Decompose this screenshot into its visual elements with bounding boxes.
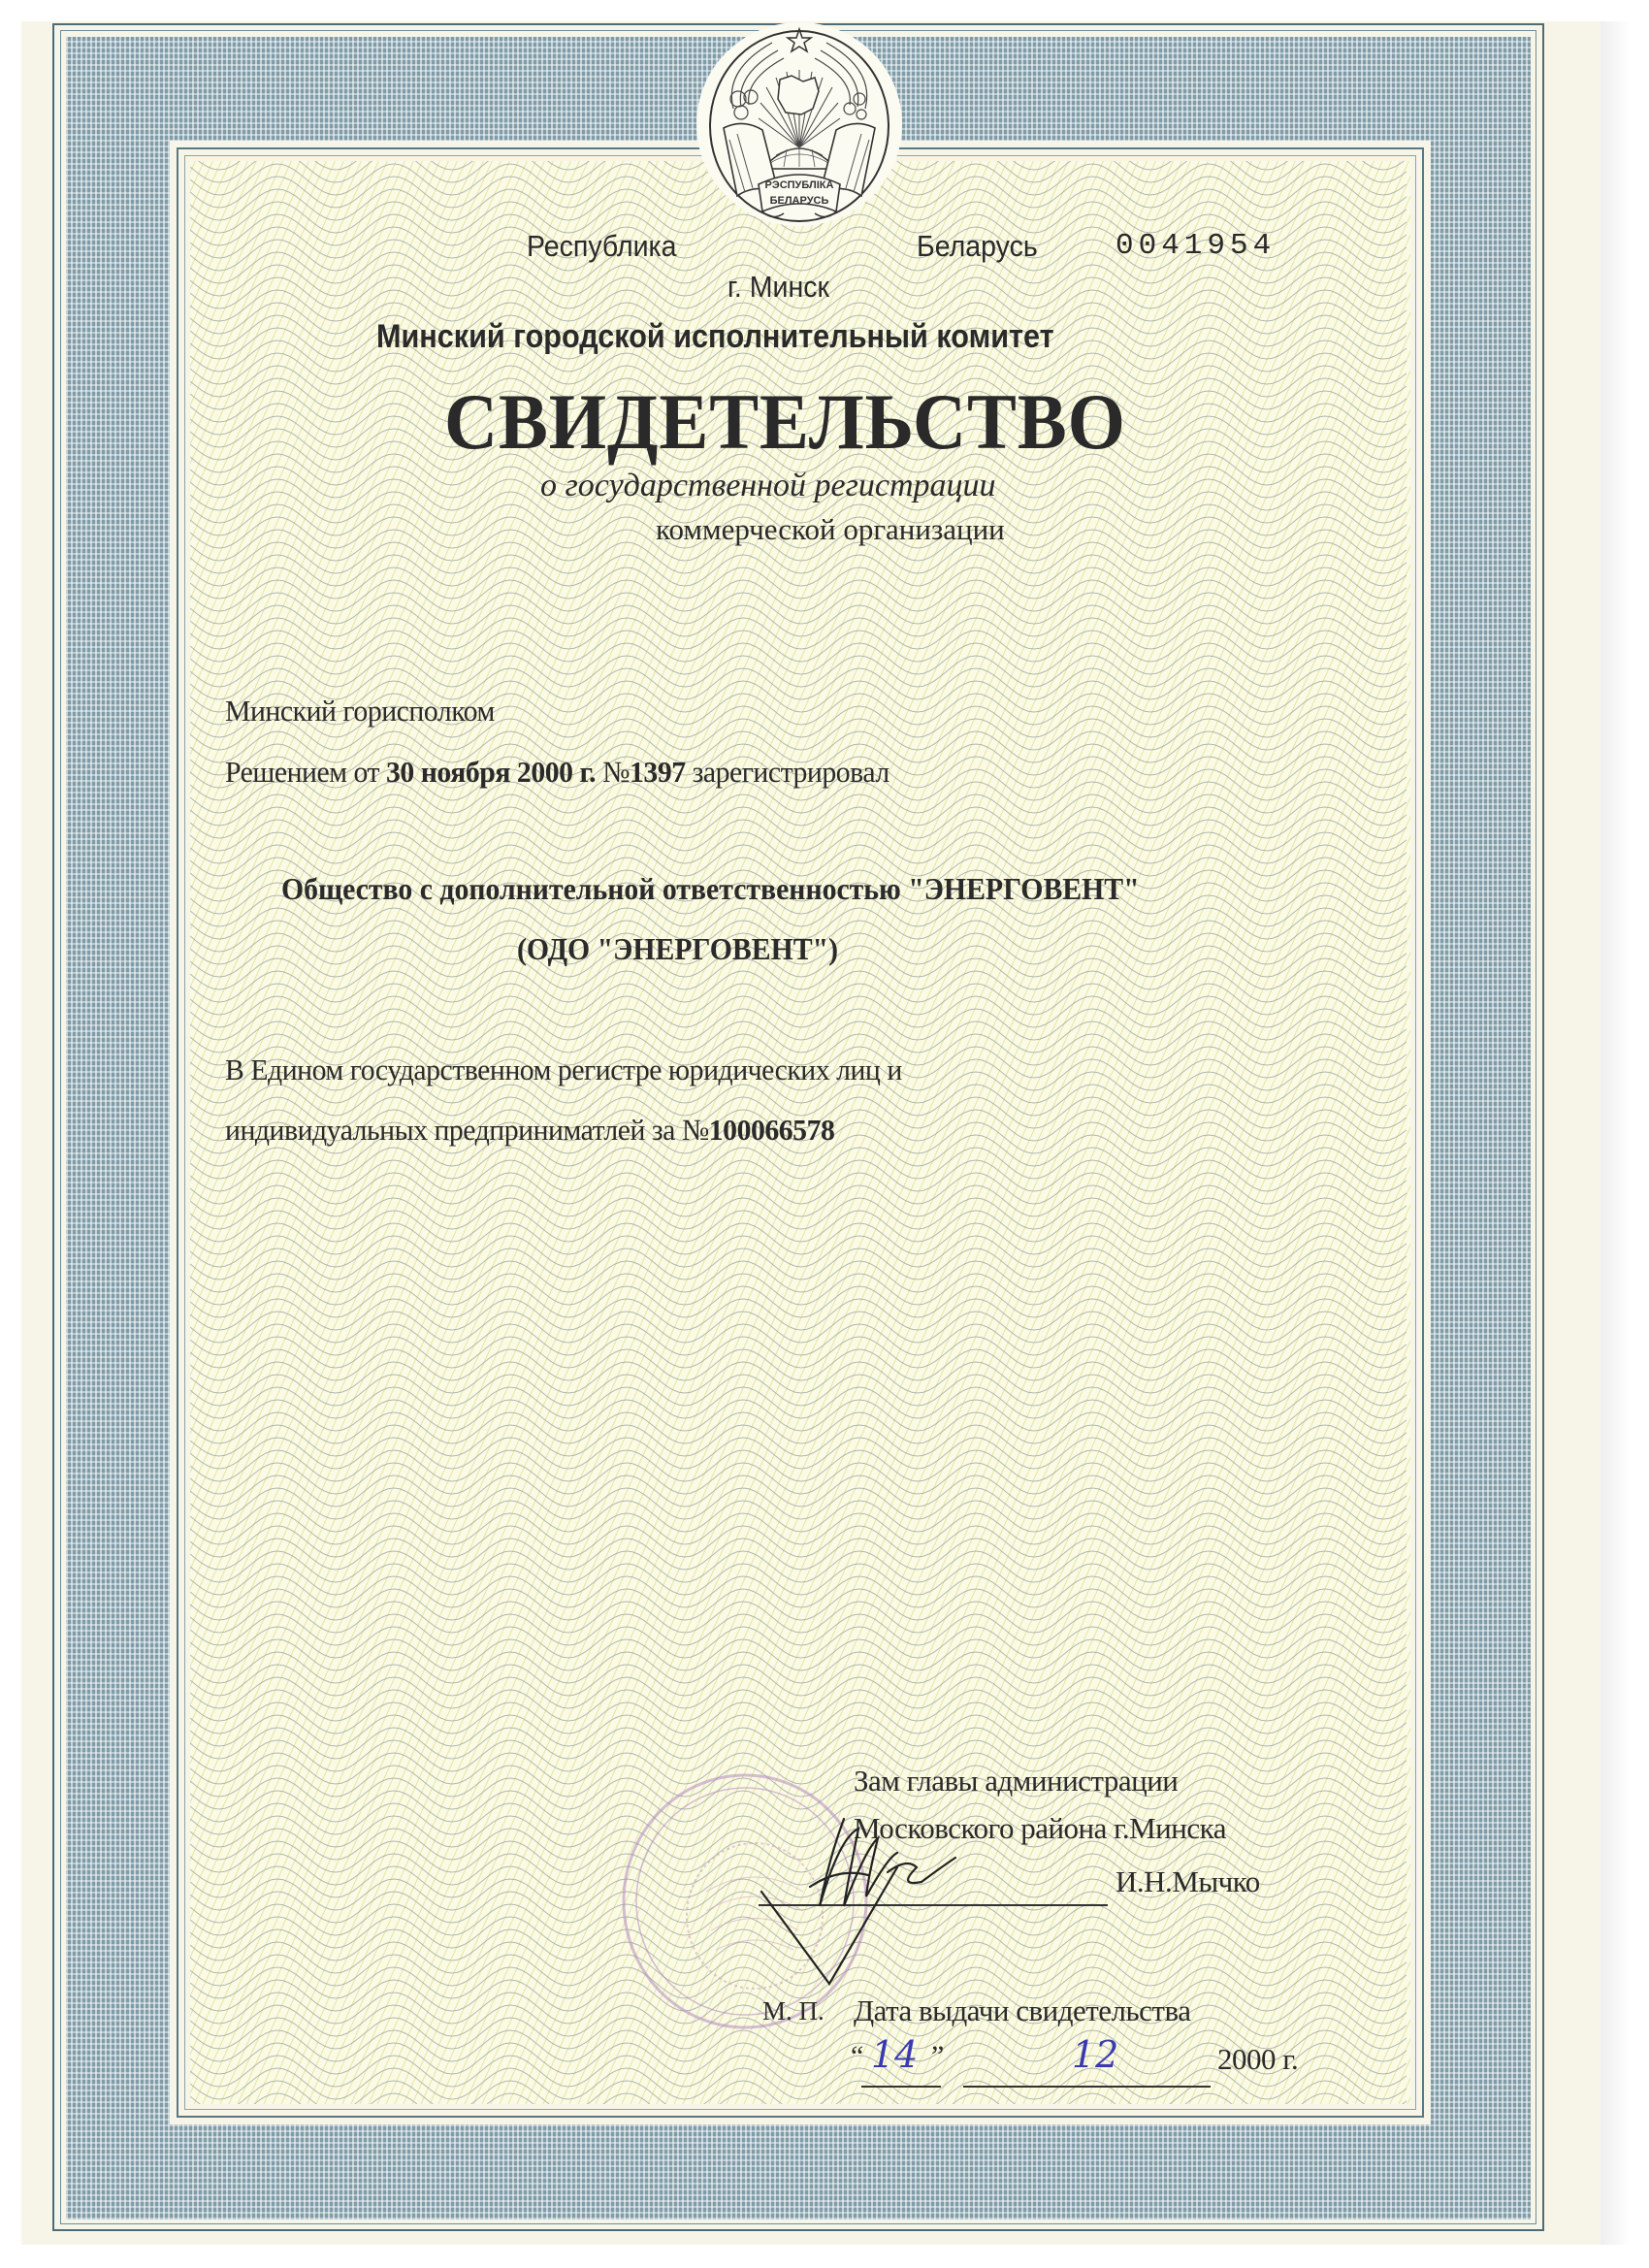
decision-date: 30 ноября 2000 г. xyxy=(386,755,596,789)
coat-of-arms-belarus-icon: РЭСПУБЛІКА БЕЛАРУСЬ xyxy=(695,21,904,227)
document-subtitle-2: коммерческой организации xyxy=(656,512,1005,547)
header-country-word2: Беларусь xyxy=(917,229,1038,264)
decision-suffix: зарегистрировал xyxy=(686,755,889,789)
header-city: г. Минск xyxy=(727,270,829,305)
month-underline xyxy=(963,2086,1211,2088)
organization-short-name: (ОДО "ЭНЕРГОВЕНТ") xyxy=(517,931,838,967)
register-number: 100066578 xyxy=(709,1113,835,1147)
quote-open: “ xyxy=(851,2040,863,2073)
issue-day-handwritten: 14 xyxy=(871,2033,918,2076)
register-prefix: индивидуальных предприниматлей за № xyxy=(225,1113,709,1147)
decision-number: 1397 xyxy=(630,755,686,789)
handwritten-signature xyxy=(752,1799,994,1993)
quote-close: ” xyxy=(931,2040,944,2073)
svg-text:БЕЛАРУСЬ: БЕЛАРУСЬ xyxy=(770,195,829,207)
signatory-position-line-1: Зам главы администрации xyxy=(854,1764,1178,1798)
issue-date-label: Дата выдачи свидетельства xyxy=(854,1993,1190,2028)
decision-prefix: Решением от xyxy=(225,755,386,789)
decision-number-prefix: № xyxy=(596,755,630,789)
register-line-2: индивидуальных предприниматлей за №10006… xyxy=(225,1113,834,1148)
header-country-word1: Республика xyxy=(527,229,677,264)
document-title: СВИДЕТЕЛЬСТВО xyxy=(444,376,1126,468)
issue-year: 2000 г. xyxy=(1217,2042,1298,2077)
registrar-line: Минский горисполком xyxy=(225,694,495,729)
svg-text:РЭСПУБЛІКА: РЭСПУБЛІКА xyxy=(765,179,834,191)
issue-month-handwritten: 12 xyxy=(1072,2033,1118,2076)
organization-full-name: Общество с дополнительной ответственност… xyxy=(281,871,1140,907)
signatory-name: И.Н.Мычко xyxy=(1115,1864,1260,1899)
scan-edge xyxy=(1600,21,1630,2245)
day-underline xyxy=(861,2086,941,2088)
serial-number: 0041954 xyxy=(1115,229,1276,263)
seal-placement-label: М. П. xyxy=(762,1996,824,2026)
document-subtitle-1: о государственной регистрации xyxy=(540,468,996,504)
decision-line: Решением от 30 ноября 2000 г. №1397 заре… xyxy=(225,755,889,790)
issuing-authority: Минский городской исполнительный комитет xyxy=(376,318,1054,356)
register-line-1: В Едином государственном регистре юридич… xyxy=(225,1053,902,1087)
